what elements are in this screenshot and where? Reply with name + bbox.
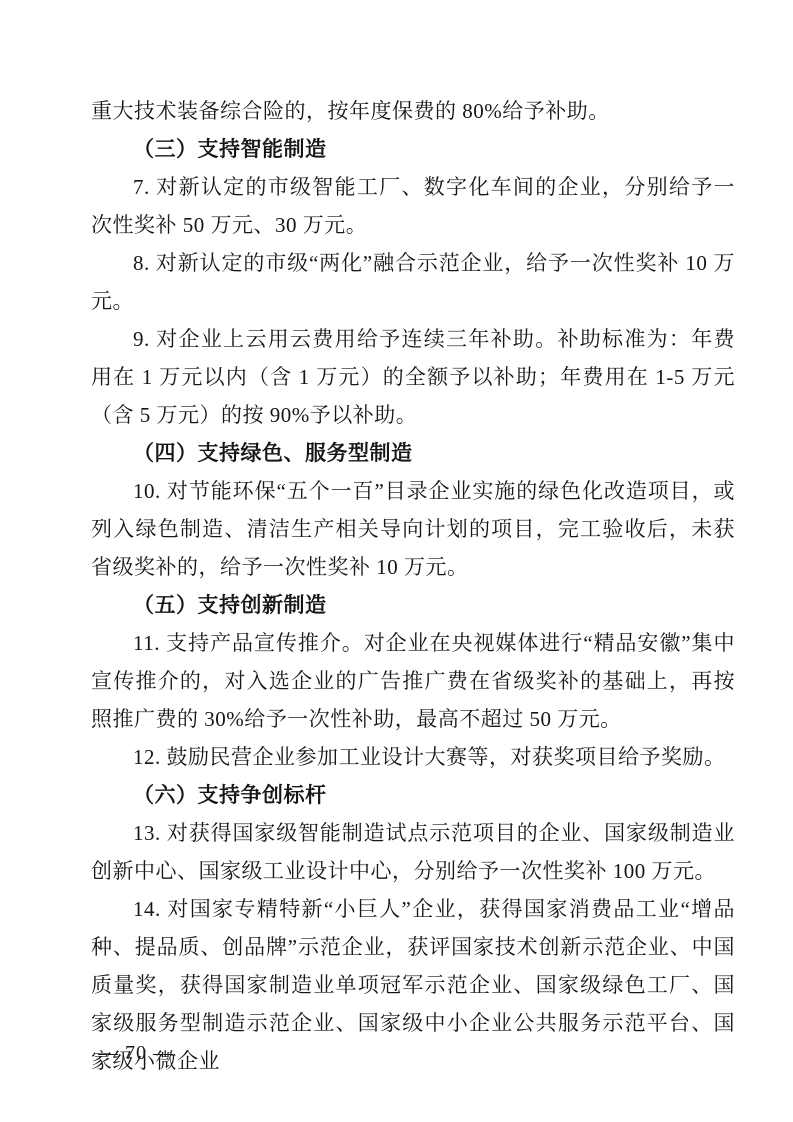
section-heading-6: （六）支持争创标杆 <box>91 776 735 814</box>
paragraph-item-14: 14. 对国家专精特新“小巨人”企业，获得国家消费品工业“增品种、提品质、创品牌… <box>91 890 735 1080</box>
paragraph-item-10: 10. 对节能环保“五个一百”目录企业实施的绿色化改造项目，或列入绿色制造、清洁… <box>91 472 735 586</box>
paragraph-item-12: 12. 鼓励民营企业参加工业设计大赛等，对获奖项目给予奖励。 <box>91 738 735 776</box>
paragraph-item-7: 7. 对新认定的市级智能工厂、数字化车间的企业，分别给予一次性奖补 50 万元、… <box>91 168 735 244</box>
paragraph-item-9: 9. 对企业上云用云费用给予连续三年补助。补助标准为：年费用在 1 万元以内（含… <box>91 320 735 434</box>
document-body: 重大技术装备综合险的，按年度保费的 80%给予补助。 （三）支持智能制造 7. … <box>91 92 735 1080</box>
paragraph-item-11: 11. 支持产品宣传推介。对企业在央视媒体进行“精品安徽”集中宣传推介的，对入选… <box>91 624 735 738</box>
document-page: 重大技术装备综合险的，按年度保费的 80%给予补助。 （三）支持智能制造 7. … <box>0 0 793 1122</box>
paragraph-item-13: 13. 对获得国家级智能制造试点示范项目的企业、国家级制造业创新中心、国家级工业… <box>91 814 735 890</box>
page-number-footer: — 70 — <box>98 1042 174 1065</box>
section-heading-4: （四）支持绿色、服务型制造 <box>91 434 735 472</box>
section-heading-3: （三）支持智能制造 <box>91 130 735 168</box>
paragraph-item-8: 8. 对新认定的市级“两化”融合示范企业，给予一次性奖补 10 万元。 <box>91 244 735 320</box>
paragraph-continuation: 重大技术装备综合险的，按年度保费的 80%给予补助。 <box>91 92 735 130</box>
section-heading-5: （五）支持创新制造 <box>91 586 735 624</box>
